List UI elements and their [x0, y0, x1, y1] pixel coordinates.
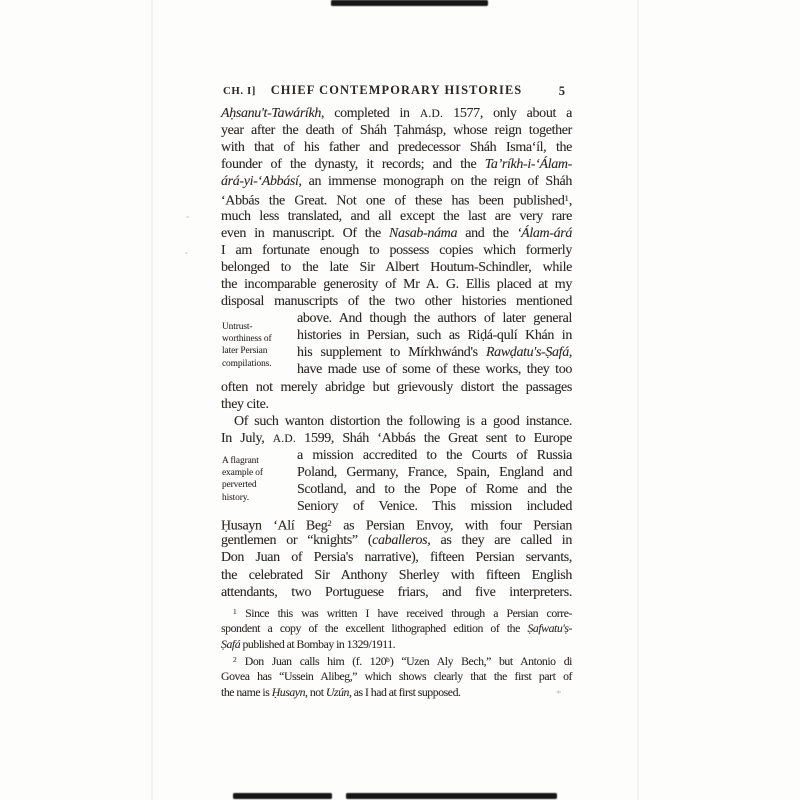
scan-speck — [185, 252, 188, 254]
text-segment: have made use of some of these works, th… — [297, 362, 572, 377]
scan-artifact-bottom-bar-right — [346, 793, 557, 799]
book-page-scan: CH. I] CHIEF CONTEMPORARY HISTORIES 5 Un… — [0, 0, 800, 800]
text-segment: founder of the dynasty, it records; and … — [221, 157, 485, 172]
text-segment: Since this was written I have received t… — [237, 606, 572, 620]
text-line: Scotland, and to the Pope of Rome and th… — [297, 481, 572, 498]
text-segment: with that of his father and predecessor … — [221, 140, 572, 155]
text-segment: attendants, two Portuguese friars, and f… — [221, 585, 572, 600]
text-line: often not merely abridge but grievously … — [221, 379, 572, 396]
text-line: Ṣafá published at Bombay in 1329/1911. — [221, 636, 572, 652]
text-line: year after the death of Sháh Ṭahmásp, wh… — [221, 122, 572, 139]
text-segment: Uzún — [326, 685, 349, 699]
text-segment: , not — [305, 685, 326, 699]
text-line: his supplement to Mírkhwánd's Rawḍatu's-… — [297, 344, 572, 361]
text-segment: , completed in — [321, 106, 420, 121]
text-line: I am fortunate enough to possess copies … — [221, 242, 572, 259]
scan-speck — [186, 216, 189, 218]
text-segment: Poland, Germany, France, Spain, England … — [297, 465, 572, 480]
text-segment: Scotland, and to the Pope of Rome and th… — [297, 482, 572, 497]
text-line: even in manuscript. Of the Nasab-náma an… — [221, 225, 572, 242]
text-line: In July, A.D. 1599, Sháh ‘Abbás the Grea… — [221, 430, 572, 447]
text-segment: Of such wanton distortion the following … — [234, 414, 572, 429]
text-segment: Ta’ríkh-i-‘Álam- — [485, 157, 572, 172]
text-segment: disposal manuscripts of the two other hi… — [221, 294, 572, 309]
scan-page-edge-left — [151, 0, 153, 800]
text-segment: even in manuscript. Of the — [221, 226, 389, 241]
text-segment: a mission accredited to the Courts of Ru… — [297, 448, 572, 463]
text-segment: caballeros — [372, 533, 427, 548]
text-segment: his supplement to Mírkhwánd's — [297, 345, 486, 360]
text-segment: much less translated, and all except the… — [221, 209, 572, 224]
text-segment: , — [569, 194, 572, 209]
text-segment: 1577, only about a — [443, 106, 572, 121]
text-line: histories in Persian, such as Riḍá-qulí … — [297, 327, 572, 344]
text-segment: gentlemen or “knights” ( — [221, 533, 372, 548]
scan-artifact-bottom-bar-left — [233, 793, 332, 799]
text-line: belonged to the late Sir Albert Houtum-S… — [221, 259, 572, 276]
text-line: the incomparable generosity of Mr A. G. … — [221, 276, 572, 293]
text-segment: árá-yi-‘Abbásí — [221, 174, 299, 189]
text-segment: In July, — [221, 431, 273, 446]
text-segment: Ḥusayn — [272, 685, 305, 699]
text-segment: and the — [457, 226, 517, 241]
text-line: gentlemen or “knights” (caballeros, as t… — [221, 532, 572, 549]
text-segment: the name is — [221, 685, 272, 699]
text-segment: Govea has “Ussein Alibeg,” which shows c… — [221, 669, 572, 683]
text-segment: , as I had at first supposed. — [349, 685, 461, 699]
printers-mark: * — [556, 688, 562, 700]
text-line: disposal manuscripts of the two other hi… — [221, 293, 572, 310]
text-line: have made use of some of these works, th… — [297, 361, 572, 378]
text-segment: Ṣafá — [221, 637, 240, 651]
text-line: founder of the dynasty, it records; and … — [221, 156, 572, 173]
text-segment: ‘Abbás the Great. Not one of these has b… — [221, 194, 565, 209]
text-line: Aḥsanu't-Tawáríkh, completed in A.D. 157… — [221, 105, 572, 122]
text-line: the name is Ḥusayn, not Uzún, as I had a… — [221, 684, 572, 700]
text-segment: A.D. — [273, 433, 296, 445]
page-number: 5 — [559, 84, 565, 99]
running-title: CHIEF CONTEMPORARY HISTORIES — [221, 83, 572, 98]
text-segment: often not merely abridge but grievously … — [221, 380, 572, 395]
text-line: Poland, Germany, France, Spain, England … — [297, 464, 572, 481]
text-segment: year after the death of Sháh Ṭahmásp, wh… — [221, 123, 572, 138]
text-segment: spondent a copy of the excellent lithogr… — [221, 621, 527, 635]
text-line: árá-yi-‘Abbásí, an immense monograph on … — [221, 173, 572, 190]
text-line: above. And though the authors of later g… — [297, 310, 572, 327]
page-header: CH. I] CHIEF CONTEMPORARY HISTORIES 5 — [221, 83, 572, 99]
text-segment: belonged to the late Sir Albert Houtum-S… — [221, 260, 572, 275]
text-line: Of such wanton distortion the following … — [221, 413, 572, 430]
text-line: Seniory of Venice. This mission included — [297, 498, 572, 515]
text-segment: Aḥsanu't-Tawáríkh — [221, 106, 321, 121]
text-line: 2 Don Juan calls him (f. 120b) “Uzen Aly… — [221, 652, 572, 668]
text-segment: Don Juan of Persia's narrative), fifteen… — [221, 550, 572, 565]
body-text: Aḥsanu't-Tawáríkh, completed in A.D. 157… — [221, 105, 572, 601]
text-line: ‘Abbás the Great. Not one of these has b… — [221, 190, 572, 207]
text-segment: , as they are called in — [427, 533, 572, 548]
text-segment: ‘Álam-árá — [517, 226, 572, 241]
text-segment: Ṣafwatu'ṣ- — [527, 621, 572, 635]
text-segment: they cite. — [221, 397, 269, 412]
text-line: they cite. — [221, 396, 572, 413]
text-segment: Nasab-náma — [389, 226, 457, 241]
text-segment: I am fortunate enough to possess copies … — [221, 243, 572, 258]
text-segment: A.D. — [420, 108, 443, 120]
text-line: the celebrated Sir Anthony Sherley with … — [221, 567, 572, 584]
text-line: Govea has “Ussein Alibeg,” which shows c… — [221, 668, 572, 684]
text-segment: , — [569, 345, 572, 360]
text-segment: published at Bombay in 1329/1911. — [240, 637, 395, 651]
text-line: spondent a copy of the excellent lithogr… — [221, 620, 572, 636]
text-segment: ) “Uzen Aly Bech,” but Antonio di — [390, 654, 572, 668]
text-line: much less translated, and all except the… — [221, 208, 572, 225]
text-segment: Don Juan calls him (f. 120 — [237, 654, 387, 668]
text-segment: , an immense monograph on the reign of S… — [299, 174, 572, 189]
text-segment: 1599, Sháh ‘Abbás the Great sent to Euro… — [296, 431, 572, 446]
scan-artifact-top-bar — [331, 0, 488, 6]
text-segment: the celebrated Sir Anthony Sherley with … — [221, 568, 572, 583]
text-line: Don Juan of Persia's narrative), fifteen… — [221, 549, 572, 566]
text-line: Ḥusayn ‘Alí Beg2 as Persian Envoy, with … — [221, 515, 572, 532]
text-line: with that of his father and predecessor … — [221, 139, 572, 156]
text-line: attendants, two Portuguese friars, and f… — [221, 584, 572, 601]
footnotes: 1 Since this was written I have received… — [221, 604, 572, 700]
text-segment: the incomparable generosity of Mr A. G. … — [221, 277, 572, 292]
text-segment: histories in Persian, such as Riḍá-qulí … — [297, 328, 572, 343]
text-segment: above. And though the authors of later g… — [297, 311, 572, 326]
text-line: a mission accredited to the Courts of Ru… — [297, 447, 572, 464]
text-line: 1 Since this was written I have received… — [221, 604, 572, 620]
text-segment: Rawḍatu's-Ṣafá — [486, 345, 569, 360]
text-segment: Seniory of Venice. This mission included — [297, 499, 572, 514]
scan-page-edge-right — [637, 0, 639, 800]
